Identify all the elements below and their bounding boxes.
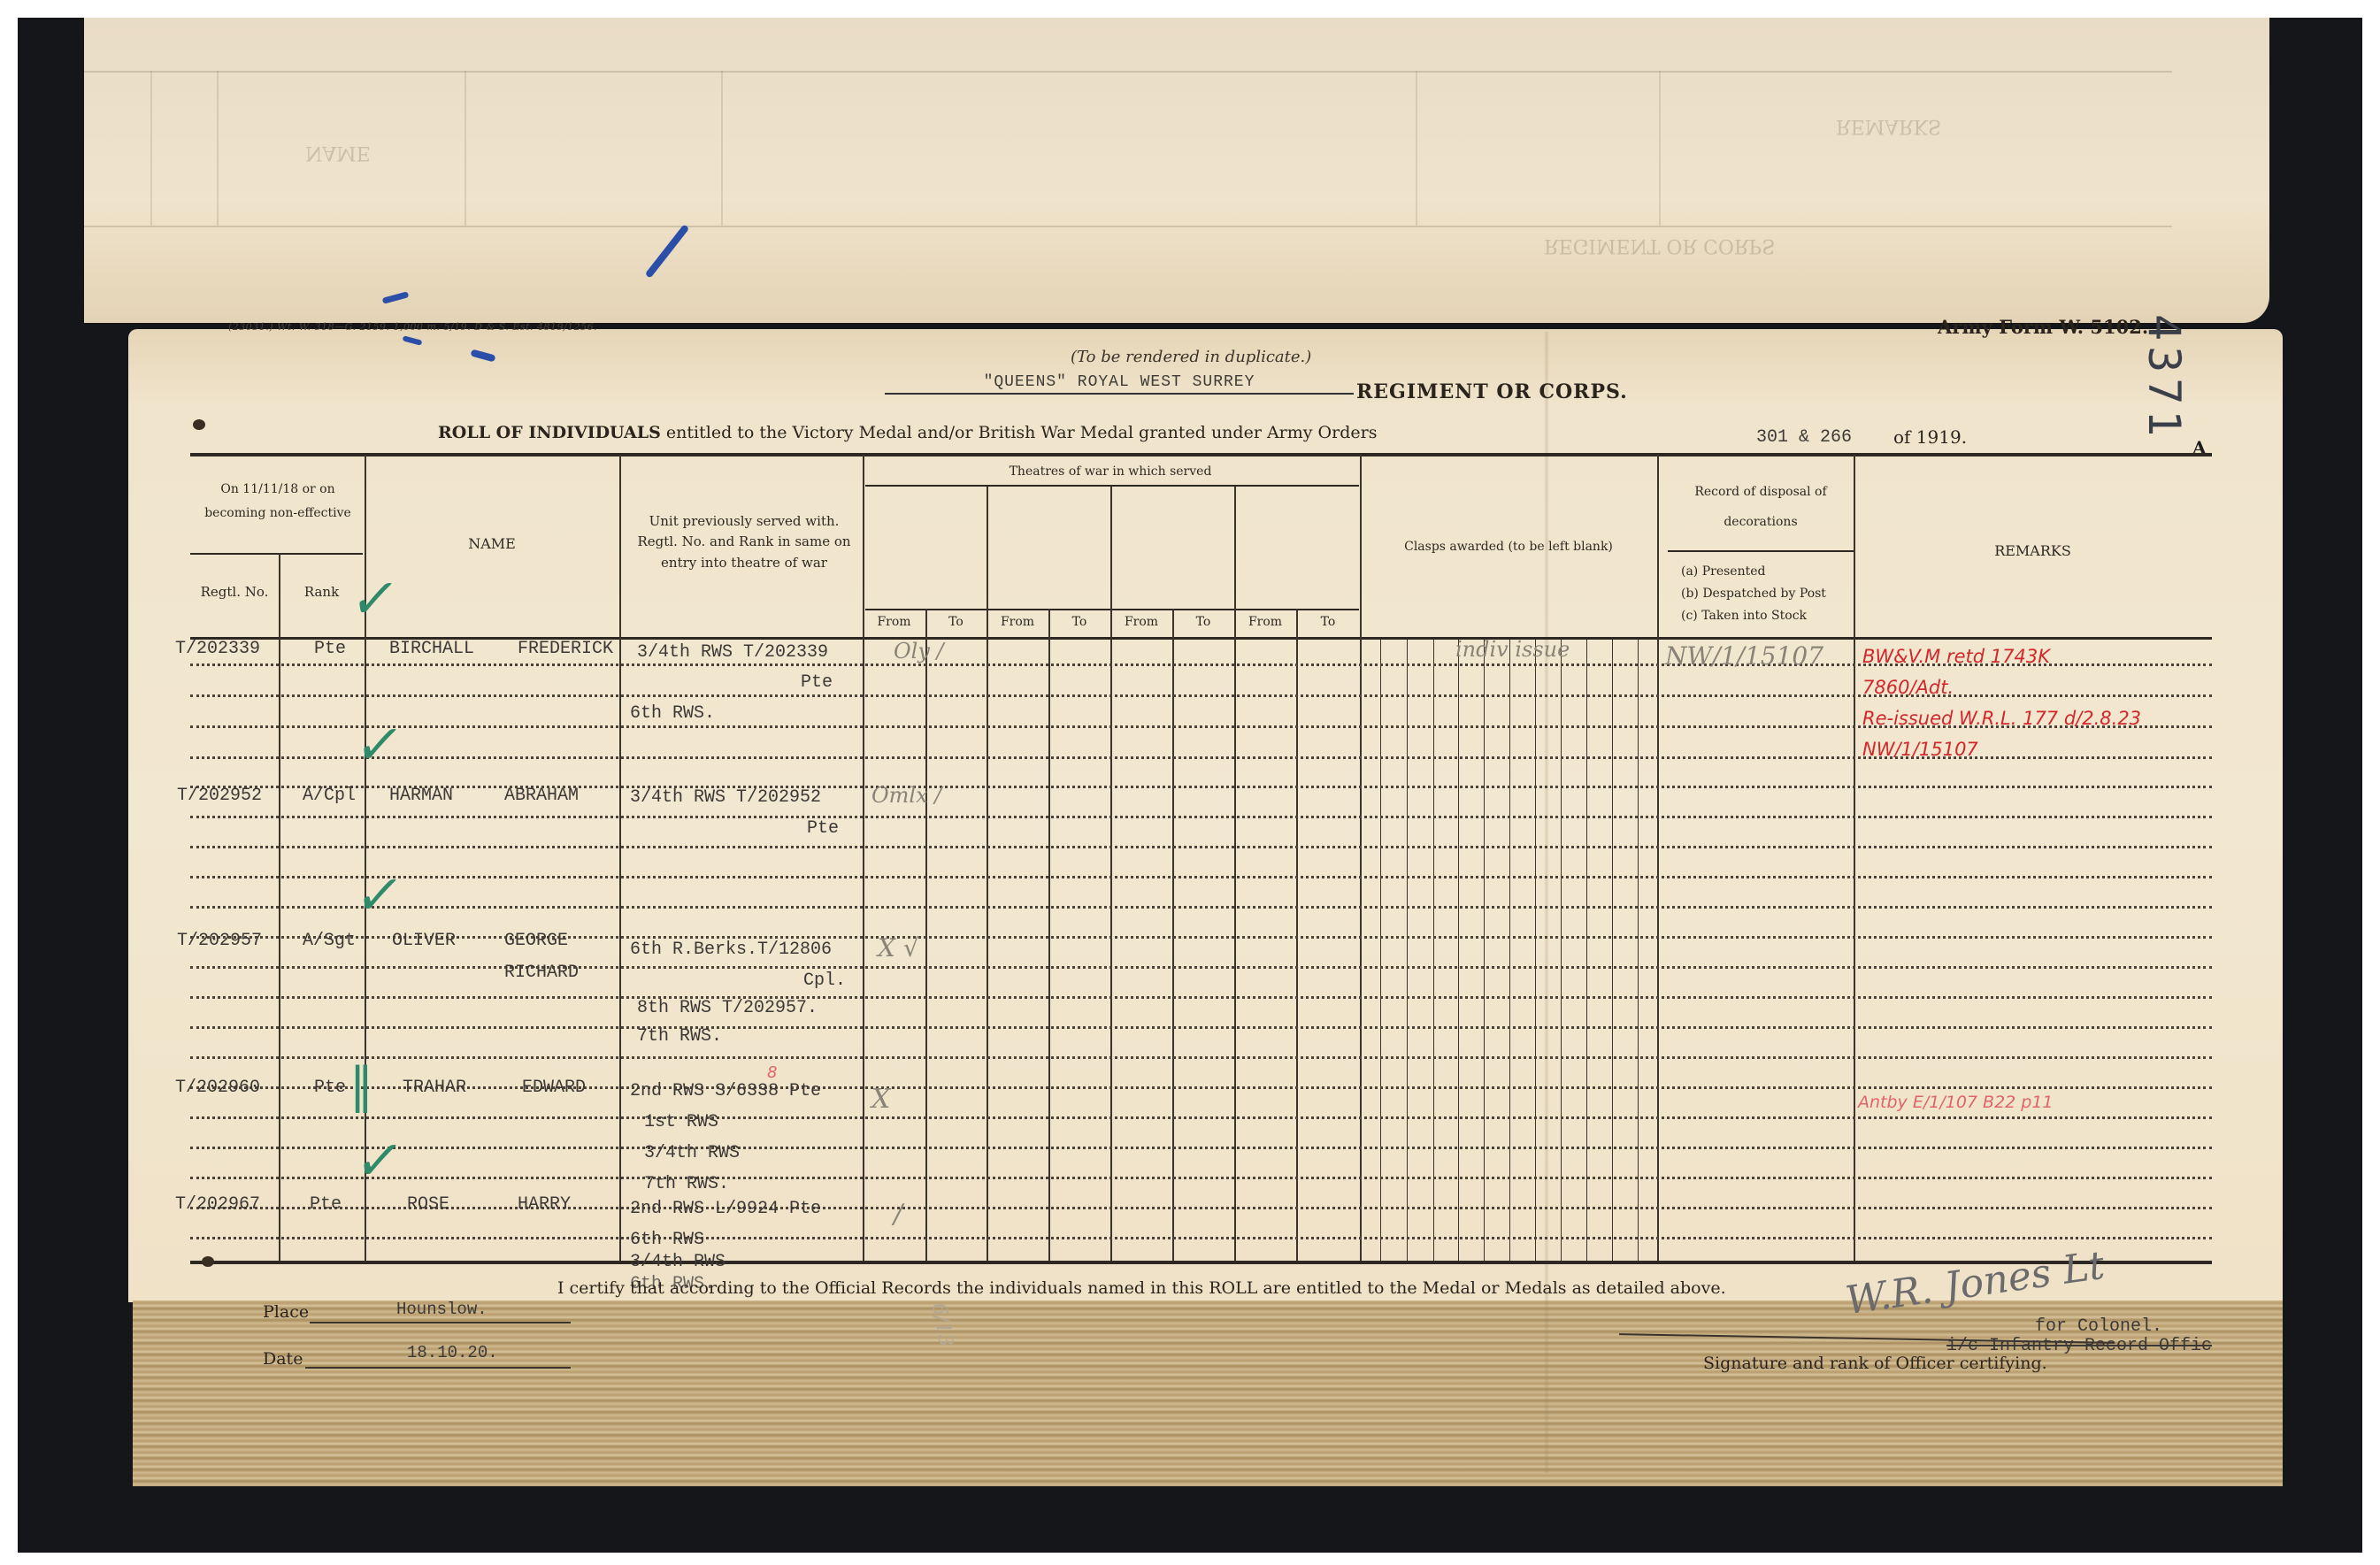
col-divider (1110, 487, 1112, 1261)
table-top-rule (190, 453, 2212, 456)
theatre-pencil-note: X √ (878, 933, 919, 963)
rank-line-1: for Colonel. (2035, 1316, 2162, 1337)
unit-correction: 8 (767, 1063, 777, 1082)
header-remarks: REMARKS (1854, 538, 2212, 564)
certification-text: I certify that according to the Official… (557, 1278, 1726, 1298)
header-from-2: From (987, 610, 1048, 634)
place-label: Place (263, 1302, 309, 1322)
unit-line: 7th RWS. (637, 1026, 722, 1047)
remarks-line: 7860/Adt. (1862, 677, 1954, 698)
unit-line: Cpl. (803, 970, 846, 991)
header-bottom-rule (190, 637, 2212, 640)
clasps-pencil-note: indiv issue (1455, 637, 1570, 662)
surname: HARMAN (389, 786, 453, 806)
clasps-subcol (1638, 640, 1639, 1261)
unit-line: 6th RWS. (630, 703, 715, 724)
ghost-col (1659, 71, 1661, 226)
surname: OLIVER (392, 931, 456, 951)
ghost-rule (84, 226, 2172, 227)
regtl-no: T/202967 (175, 1194, 260, 1215)
header-regtl-no: Regtl. No. (190, 579, 279, 605)
unit-line: 2nd RWS S/6338 Pte (630, 1081, 821, 1101)
ghost-text: NAME (305, 142, 371, 164)
ghost-col (464, 71, 466, 226)
rank: A/Cpl (303, 786, 356, 806)
clasps-subcol (1433, 640, 1434, 1261)
binding-hole (202, 1256, 214, 1267)
col-divider (1296, 609, 1298, 1261)
header-to-4: To (1296, 610, 1360, 634)
regiment-name: "QUEENS" ROYAL WEST SURREY (885, 373, 1354, 395)
col-divider (925, 609, 927, 1261)
unit-line: 3/4th RWS (630, 1252, 726, 1272)
surname: ROSE (407, 1194, 449, 1215)
regtl-no: T/202952 (177, 786, 262, 806)
surname: TRAHAR (403, 1078, 466, 1098)
regtl-no: T/202339 (175, 639, 260, 659)
clasps-subcol (1484, 640, 1485, 1261)
army-orders-numbers: 301 & 266 (1756, 427, 1852, 448)
ghost-text: REMARKS (1836, 115, 1941, 137)
date-rule (305, 1367, 571, 1369)
ghost-col (1416, 71, 1417, 226)
theatre-pencil-note: Oly / (894, 639, 944, 664)
header-unit: Unit previously served with. Regtl. No. … (630, 511, 858, 573)
clasps-subcol (1561, 640, 1562, 1261)
rank: A/Sgt (303, 931, 356, 951)
disposal-note: NW/1/15107 (1665, 641, 1823, 671)
col-divider (1048, 609, 1050, 1261)
theatre-pencil-note: X (871, 1084, 890, 1115)
header-from-4: From (1234, 610, 1296, 634)
col-divider (987, 487, 988, 1261)
remarks-line: BW&V.M retd 1743K (1862, 646, 2050, 667)
ghost-rule (84, 71, 2172, 73)
theatres-sub-rule (865, 485, 1359, 487)
col-divider (1360, 455, 1362, 1261)
upper-page: NAME REMARKS REGIMENT OR CORPS (84, 18, 2269, 323)
date-value: 18.10.20. (407, 1343, 498, 1362)
ghost-col (217, 71, 219, 226)
remarks-line: Re-issued W.R.L. 177 d/2.8.23 (1862, 708, 2141, 729)
header-theatres: Theatres of war in which served (863, 460, 1358, 484)
forenames: HARRY (518, 1194, 571, 1215)
army-orders-year: of 1919. (1893, 426, 1967, 448)
duplicate-note: (To be rendered in duplicate.) (1071, 348, 1311, 366)
roll-title-rest: entitled to the Victory Medal and/or Bri… (661, 423, 1378, 442)
regtl-no: T/202960 (175, 1078, 260, 1098)
disposal-sub-rule (1668, 550, 1854, 552)
header-to-1: To (925, 610, 987, 634)
col-divider (619, 455, 621, 1261)
binding-hole (193, 419, 205, 430)
clasps-subcol (1509, 640, 1510, 1261)
rank: Pte (314, 639, 346, 659)
roll-title-bold: ROLL OF INDIVIDUALS (438, 423, 661, 442)
ghost-col (150, 71, 152, 226)
forenames: ABRAHAM (504, 786, 579, 806)
unit-line: 3/4th RWS T/202339 (637, 642, 828, 663)
green-double-mark-icon: ‖ (349, 1057, 373, 1113)
clasps-subcol (1458, 640, 1459, 1261)
army-form-number: Army Form W. 5102. (1938, 316, 2148, 338)
remarks-line: NW/1/15107 (1862, 739, 1978, 760)
roll-title: ROLL OF INDIVIDUALS entitled to the Vict… (438, 423, 1377, 442)
signature-caption: Signature and rank of Officer certifying… (1703, 1354, 2047, 1373)
forenames: GEORGE (504, 931, 568, 951)
header-disposal: Record of disposal of decorations (1668, 478, 1854, 537)
forenames: FREDERICK (518, 639, 613, 659)
rank: Pte (314, 1078, 346, 1098)
ghost-col (721, 71, 723, 226)
place-rule (310, 1322, 571, 1323)
unit-line: 6th R.Berks.T/12806 (630, 940, 832, 960)
regiment-label: REGIMENT OR CORPS. (1356, 380, 1628, 403)
unit-line: 3/4th RWS T/202952 (630, 787, 821, 808)
header-clasps: Clasps awarded (to be left blank) (1360, 535, 1657, 559)
unit-line: 8th RWS T/202957. (637, 998, 818, 1018)
surname: BIRCHALL (389, 639, 474, 659)
theatre-pencil-note: / (894, 1199, 902, 1230)
unit-line: Pte (801, 672, 833, 693)
col-divider (1234, 487, 1236, 1261)
table-bottom-rule (190, 1261, 2212, 1264)
blue-pencil-mark (645, 224, 690, 279)
forenames-line-2: RICHARD (504, 963, 579, 983)
regtl-no: T/202957 (177, 931, 262, 951)
header-to-2: To (1048, 610, 1110, 634)
header-from-1: From (863, 610, 925, 634)
col-divider (1657, 455, 1659, 1261)
page-edges (133, 1300, 2283, 1486)
forenames: EDWARD (522, 1078, 586, 1098)
printer-imprint: (23031.) Wt. W. 318—G. 2159. 1,000 m. 5/… (228, 321, 597, 333)
clasps-subcol (1407, 640, 1408, 1261)
header-disposal-b: (b) Despatched by Post (1681, 584, 1826, 603)
unit-line: 7th RWS. (644, 1174, 729, 1194)
col-divider (1854, 455, 1855, 1261)
page-fold (1544, 332, 1549, 1473)
clasps-subcol (1612, 640, 1613, 1261)
col-divider (1172, 609, 1174, 1261)
header-disposal-c: (c) Taken into Stock (1681, 606, 1807, 625)
clasps-subcol (1535, 640, 1536, 1261)
ghost-text: REGIMENT OR CORPS (1544, 234, 1775, 257)
unit-line: 1st RWS (644, 1112, 718, 1132)
header-from-3: From (1110, 610, 1172, 634)
rank: Pte (310, 1194, 342, 1215)
header-effective-group: On 11/11/18 or on becoming non-effective (190, 478, 365, 525)
effective-sub-rule (190, 553, 363, 555)
unit-line: 3/4th RWS (644, 1143, 740, 1163)
place-value: Hounslow. (396, 1300, 488, 1319)
remarks-line: Antby E/1/107 B22 p11 (1858, 1093, 2054, 1112)
clasps-subcol (1380, 640, 1381, 1261)
unit-line: Pte (807, 818, 839, 839)
header-to-3: To (1172, 610, 1234, 634)
header-disposal-a: (a) Presented (1681, 562, 1765, 581)
page-stamp-number: 4371 (2138, 314, 2190, 441)
date-label: Date (263, 1349, 303, 1369)
unit-line: 6th RWS (630, 1230, 704, 1250)
header-name: NAME (365, 531, 619, 557)
unit-line: 2nd RWS L/9924 Pte (630, 1199, 821, 1219)
clasps-subcol (1586, 640, 1587, 1261)
col-divider (863, 455, 864, 1261)
theatre-pencil-note: Omlx / (871, 783, 941, 808)
